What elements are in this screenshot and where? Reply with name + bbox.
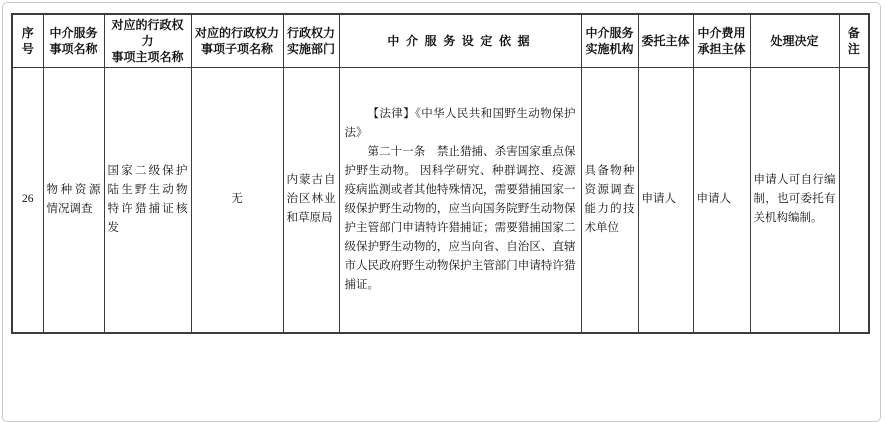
header-basis: 中介服务设定依据 bbox=[339, 14, 581, 68]
cell-implementing-org: 具备物种资源调查能力的技术单位 bbox=[581, 68, 638, 332]
header-remarks: 备注 bbox=[839, 14, 869, 68]
cell-admin-power-sub: 无 bbox=[191, 68, 283, 332]
cell-service-name: 物种资源情况调查 bbox=[43, 68, 104, 332]
header-admin-power-sub: 对应的行政权力 事项子项名称 bbox=[191, 14, 283, 68]
table-row: 26 物种资源情况调查 国家二级保护陆生野生动物特许猎捕证核发 无 内蒙古自治区… bbox=[12, 68, 869, 332]
intermediary-services-table: 序号 中介服务 事项名称 对应的行政权力 事项主项名称 对应的行政权力 事项子项… bbox=[11, 13, 870, 331]
header-service-name: 中介服务 事项名称 bbox=[43, 14, 104, 68]
header-seq: 序号 bbox=[12, 14, 43, 68]
cell-remarks bbox=[839, 68, 869, 332]
basis-paragraph-law: 【法律】《中华人民共和国野生动物保护法》 bbox=[345, 105, 576, 143]
header-row: 序号 中介服务 事项名称 对应的行政权力 事项主项名称 对应的行政权力 事项子项… bbox=[12, 14, 869, 68]
cell-admin-dept: 内蒙古自治区林业和草原局 bbox=[283, 68, 339, 332]
header-implementing-org: 中介服务 实施机构 bbox=[581, 14, 638, 68]
cell-decision: 申请人可自行编制，也可委托有关机构编制。 bbox=[750, 68, 839, 332]
header-fee-bearer: 中介费用 承担主体 bbox=[693, 14, 750, 68]
basis-paragraph-article: 第二十一条 禁止猎捕、杀害国家重点保护野生动物。 因科学研究、种群调控、疫源疫病… bbox=[345, 143, 576, 295]
header-admin-dept: 行政权力 实施部门 bbox=[283, 14, 339, 68]
cell-basis: 【法律】《中华人民共和国野生动物保护法》 第二十一条 禁止猎捕、杀害国家重点保护… bbox=[339, 68, 581, 332]
cell-seq: 26 bbox=[12, 68, 43, 332]
header-admin-power-main: 对应的行政权力 事项主项名称 bbox=[104, 14, 191, 68]
header-entrusting-party: 委托主体 bbox=[638, 14, 693, 68]
cell-admin-power-main: 国家二级保护陆生野生动物特许猎捕证核发 bbox=[104, 68, 191, 332]
cell-entrusting-party: 申请人 bbox=[638, 68, 693, 332]
cell-fee-bearer: 申请人 bbox=[693, 68, 750, 332]
header-decision: 处理决定 bbox=[750, 14, 839, 68]
